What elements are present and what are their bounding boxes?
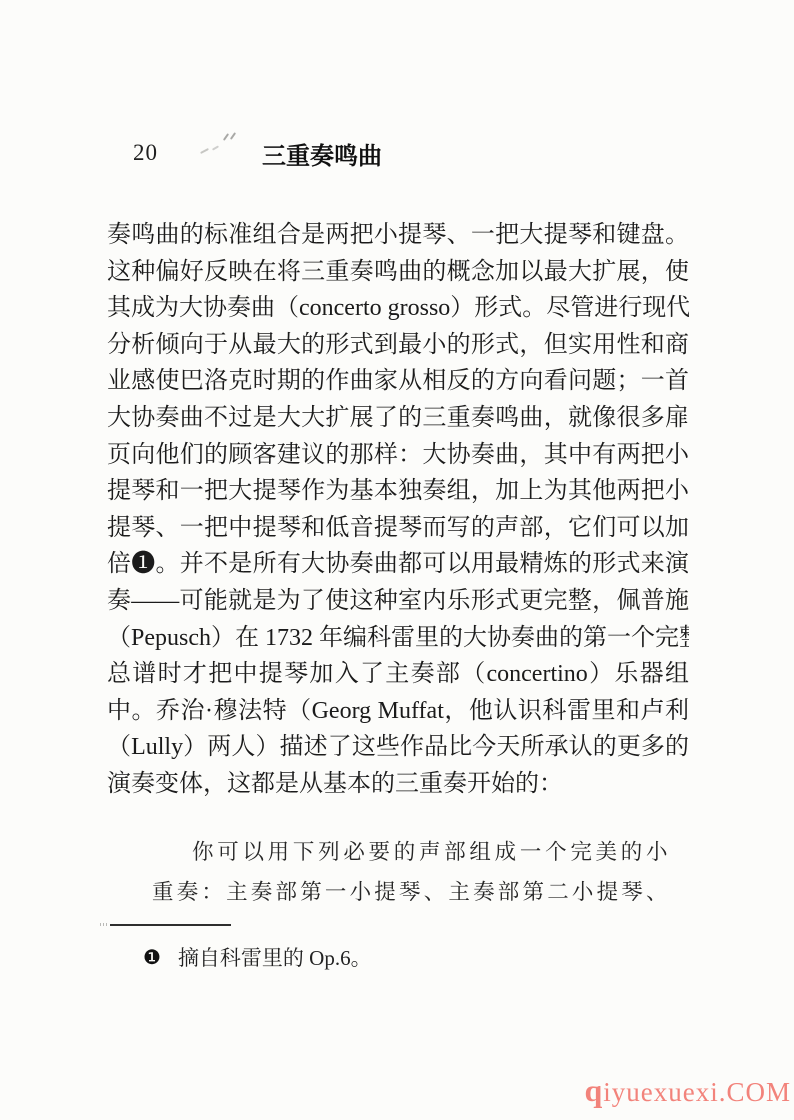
body-line: 业感使巴洛克时期的作曲家从相反的方向看问题；一首: [107, 363, 689, 400]
body-line: 总谱时才把中提琴加入了主奏部（concertino）乐器组: [107, 656, 689, 693]
body-line: 演奏变体，这都是从基本的三重奏开始的：: [107, 766, 689, 803]
page-number: 20: [133, 140, 158, 166]
block-quote: 你可以用下列必要的声部组成一个完美的小三 重奏：主奏部第一小提琴、主奏部第二小提…: [152, 832, 670, 912]
body-line: 奏——可能就是为了使这种室内乐形式更完整，佩普施: [107, 583, 689, 620]
body-line: 提琴和一把大提琴作为基本独奏组，加上为其他两把小: [107, 473, 689, 510]
quote-line: 重奏：主奏部第一小提琴、主奏部第二小提琴、通: [152, 872, 670, 912]
body-line: 提琴、一把中提琴和低音提琴而写的声部，它们可以加: [107, 510, 689, 547]
body-line: 其成为大协奏曲（concerto grosso）形式。尽管进行现代: [107, 290, 689, 327]
book-page: 20 三重奏鸣曲 奏鸣曲的标准组合是两把小提琴、一把大提琴和键盘。 这种偏好反映…: [0, 0, 794, 1120]
footnote-text: 摘自科雷里的 Op.6。: [178, 944, 372, 972]
body-line: 倍❶。并不是所有大协奏曲都可以用最精炼的形式来演: [107, 546, 689, 583]
quote-line: 你可以用下列必要的声部组成一个完美的小三: [152, 832, 670, 872]
site-watermark: qiyuexuexi.COM: [584, 1072, 791, 1109]
running-header-title: 三重奏鸣曲: [262, 136, 382, 171]
body-line: 页向他们的顾客建议的那样：大协奏曲，其中有两把小: [107, 437, 689, 474]
footnote: ❶ 摘自科雷里的 Op.6。: [143, 944, 663, 972]
body-line: （Pepusch）在 1732 年编科雷里的大协奏曲的第一个完整: [107, 620, 689, 657]
body-line: 中。乔治·穆法特（Georg Muffat，他认识科雷里和卢利: [107, 693, 689, 730]
footnote-divider: [110, 924, 231, 926]
footnote-marker-icon: ❶: [143, 944, 161, 972]
body-line: （Lully）两人）描述了这些作品比今天所承认的更多的: [107, 729, 689, 766]
body-line: 分析倾向于从最大的形式到最小的形式，但实用性和商: [107, 327, 689, 364]
body-paragraph: 奏鸣曲的标准组合是两把小提琴、一把大提琴和键盘。 这种偏好反映在将三重奏鸣曲的概…: [107, 217, 689, 803]
body-line: 这种偏好反映在将三重奏鸣曲的概念加以最大扩展，使: [107, 254, 689, 291]
body-line: 大协奏曲不过是大大扩展了的三重奏鸣曲，就像很多扉: [107, 400, 689, 437]
scan-artifact-dots: [100, 923, 108, 926]
body-line: 奏鸣曲的标准组合是两把小提琴、一把大提琴和键盘。: [107, 217, 689, 254]
pencil-mark-artifact: [198, 134, 238, 158]
